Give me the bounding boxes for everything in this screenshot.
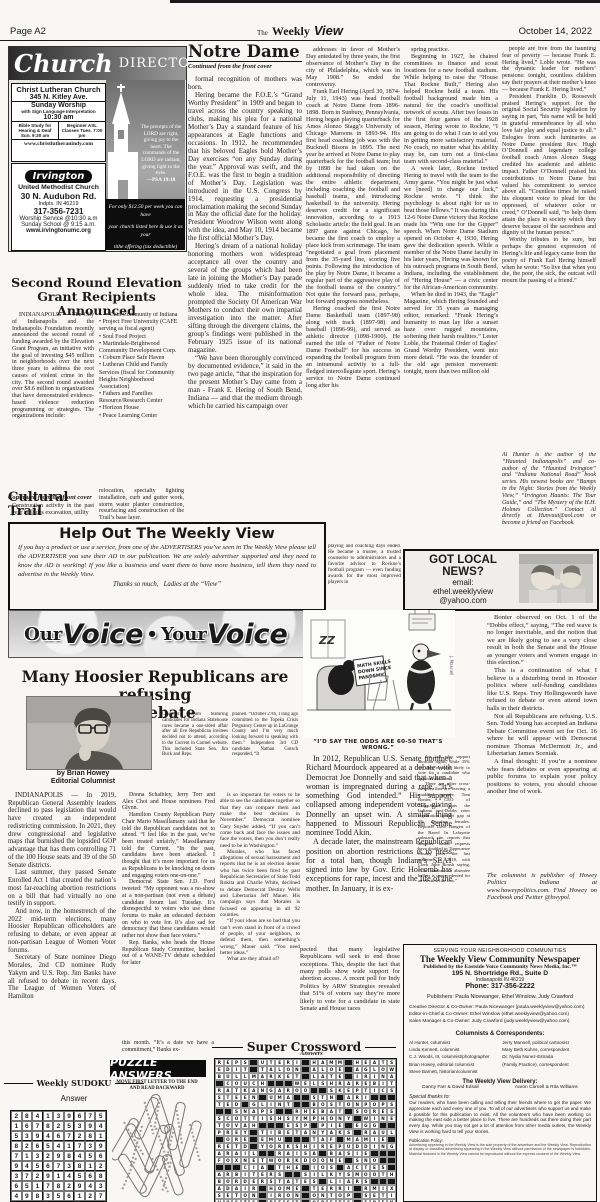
- svg-text:ZZ: ZZ: [318, 634, 336, 647]
- irvington-phone: 317-356-7231: [12, 207, 105, 216]
- irvington-website: www.irvingtonumc.org: [12, 228, 105, 234]
- lutheran-schedule-row: Bible Study for Hearing & Deaf Sun. 9:30…: [12, 121, 105, 140]
- lutheran-bible-study: Bible Study for Hearing & Deaf Sun. 9:30…: [12, 122, 59, 139]
- brian-howey-photo: [26, 696, 152, 770]
- logo-weekly: Weekly: [272, 24, 310, 38]
- banner-bullet: •: [146, 624, 158, 645]
- mast-publishers: Publishers: Paula Nicewanger, Ethel Wins…: [404, 994, 596, 1000]
- lutheran-address: 345 N. Kitley Ave.: [12, 94, 105, 101]
- church-title-script: Church: [14, 52, 113, 76]
- mast-columnists: Al Hunter, columnistLinda Kennett, colum…: [409, 1039, 591, 1076]
- mast-columnists-header: Columnists & Correspondents:: [404, 1031, 596, 1037]
- mast-thanks-body: Our readers, who have been calling and t…: [409, 1100, 591, 1134]
- logo-the: The: [257, 29, 268, 37]
- notre-dame-col-3: spring practice.Beginning in 1927, he ch…: [404, 46, 498, 542]
- howey-byline: by Brian Howey Editorial Columnist: [8, 770, 158, 787]
- got-news-title: GOT LOCAL NEWS?: [409, 554, 517, 578]
- header-rule: [0, 40, 600, 41]
- notre-dame-author-bio: Al Hunter is the author of the “Haunted …: [502, 452, 596, 538]
- church-directory-ad: Church Directory The precepts of the LOR…: [8, 46, 187, 252]
- got-news-email-1: ethel.weeklyview: [409, 587, 517, 596]
- mast-columnists-left: Al Hunter, columnistLinda Kennett, colum…: [409, 1039, 502, 1076]
- cartoon-caption: “I’D SAY THE ODDS ARE 60-50 THAT’S WRONG…: [300, 739, 456, 751]
- puzzle-answers-banner: PUZZLE ANSWERS: [110, 1060, 206, 1077]
- cultural-col-1: Construction activity in the past year i…: [12, 503, 94, 519]
- church-ad-lines: For only $12.50 per week you can haveyou…: [106, 204, 185, 250]
- notre-dame-col-2-tail: playing and coaching days ended. He beca…: [328, 544, 401, 602]
- mast-policy-body: Advertising appearing in the Weekly View…: [409, 1143, 591, 1156]
- lutheran-name: Christ Lutheran Church: [12, 85, 105, 94]
- mast-delivery-left: Danny Farr & David Edsall: [422, 1085, 479, 1090]
- cultural-col-2: relocation, specialty lighting installat…: [99, 488, 184, 520]
- mast-delivery: Danny Farr & David Edsall Aaron Carnell …: [404, 1085, 596, 1090]
- mast-columnists-right: Jerry Mannell, political cartoonistMary …: [502, 1039, 591, 1076]
- mast-phone: Phone: 317-356-2222: [404, 983, 596, 990]
- scripture-ref: —PSA 19:18: [147, 177, 176, 183]
- help-signoff: Thanks so much, Ladies at the “View”: [10, 581, 324, 588]
- mast-title: The Weekly View Community Newspaper: [404, 954, 596, 964]
- help-title: Help Out The Weekly View: [10, 526, 324, 542]
- banner-our: Our: [24, 624, 62, 645]
- lutheran-church-ad: Christ Lutheran Church 345 N. Kitley Ave…: [11, 83, 106, 162]
- mast-owners: Creative Director & Co-Owner: Paula Nice…: [409, 1004, 591, 1026]
- oped-col-4-tail: pected that many legislative Republicans…: [300, 946, 400, 1036]
- notre-dame-col-2: addresses in favor of Mother’s Day anted…: [306, 46, 400, 542]
- oped-col-2-top: County’s forum featuring candidates for …: [162, 712, 228, 788]
- banner-voice-2: Voice: [207, 619, 288, 650]
- cartoon-illustration: ZZ MATH SKILLS DOWN SINCE PANDEMIC: [303, 610, 455, 738]
- got-news-email-label: email:: [409, 578, 517, 587]
- church-listing-ad: For only $12.50 per week you can haveyou…: [106, 199, 185, 250]
- our-voice-banner: Our Voice • Your Voice: [8, 610, 304, 658]
- sudoku-answer-label: Answer: [4, 1094, 144, 1103]
- irvington-address: 30 N. Audubon Rd.: [12, 191, 105, 201]
- mast-delivery-right: Aaron Carnell & Rita Williams: [515, 1085, 578, 1090]
- lutheran-worship: Sunday Worship: [12, 101, 105, 109]
- notre-dame-continued: Continued from the front cover: [188, 61, 302, 70]
- logo-view: View: [314, 23, 343, 38]
- byline-title: Editorial Columnist: [8, 778, 158, 786]
- issue-date: October 14, 2022: [519, 26, 592, 37]
- notre-dame-header: Notre Dame Continued from the front cove…: [188, 42, 302, 70]
- got-local-news-box: GOT LOCAL NEWS? email: ethel.weeklyview …: [403, 549, 599, 611]
- lutheran-time: 10:30 am: [12, 114, 105, 121]
- scripture-text: The precepts of the LORD are right, givi…: [139, 124, 183, 183]
- cartoonist-signature: J. Mannell: [449, 655, 454, 675]
- oped-col-1: INDIANAPOLIS — In 2019, Republican Gener…: [8, 792, 116, 1068]
- oped-columnist-bio: The columnist is publisher of Howey Poli…: [487, 872, 597, 934]
- grant-col-1: INDIANAPOLIS — The City of Indianapolis …: [12, 312, 94, 478]
- crossword-answer-grid: REPSUTERIHAMMHEATSEDITTALONALOEAGLOWBULL…: [214, 1058, 397, 1202]
- lutheran-website: www.christlutheranindy.com: [12, 141, 105, 147]
- oped-col-3: is so important for voters to be able to…: [220, 792, 300, 1036]
- sudoku-title: Weekly SUDOKU: [4, 1078, 144, 1088]
- grant-col-2: • Chin Community of Indiana• Project Fre…: [99, 312, 184, 478]
- banner-voice-1: Voice: [62, 619, 143, 650]
- got-news-email-2: @yahoo.com: [409, 596, 517, 605]
- word-scramble-graphic: [112, 1094, 204, 1200]
- oped-col-5: this fall who support abortion rights, w…: [418, 754, 470, 940]
- oped-col-6: Bonier observed on Oct. 1 of the “Dobbs …: [487, 614, 597, 868]
- mast-address: 195 N. Shortridge Rd., Suite D: [404, 970, 596, 977]
- editorial-cartoon: ZZ MATH SKILLS DOWN SINCE PANDEMIC: [303, 610, 455, 738]
- byline-name: by Brian Howey: [8, 770, 158, 778]
- paper-logo: The Weekly View: [230, 22, 370, 40]
- notre-dame-headline: Notre Dame: [188, 42, 302, 61]
- sudoku-answer-grid: 2841396751678253945394672818265417397132…: [10, 1110, 107, 1202]
- notre-dame-col-4: people are free from the haunting fear o…: [502, 46, 596, 450]
- irvington-logo: Irvington: [25, 170, 93, 183]
- whispering-kids-photo: [519, 554, 593, 603]
- banner-your: Your: [161, 624, 207, 645]
- cultural-continued: Continued from the front cover: [8, 494, 98, 501]
- lutheran-asl-classes: Beginner ASL Classes Tues. 7:00 pm: [59, 122, 105, 139]
- got-news-text: GOT LOCAL NEWS? email: ethel.weeklyview …: [409, 554, 517, 605]
- irvington-name: United Methodist Church: [12, 184, 105, 191]
- help-out-box: Help Out The Weekly View If you buy a pr…: [8, 522, 326, 611]
- top-edge-rule: [170, 0, 600, 3]
- oped-col-3-top: plained. “October 27th, I long ago commi…: [232, 712, 298, 788]
- masthead-box: SERVING YOUR NEIGHBORHOOD COMMUNITIES Th…: [403, 944, 597, 1202]
- newspaper-page: Page A2 The Weekly View October 14, 2022…: [0, 0, 600, 1202]
- church-directory-header: Church Directory: [9, 47, 186, 80]
- irvington-church-ad: Irvington United Methodist Church 30 N. …: [11, 163, 106, 251]
- notre-dame-col-1: formal recognition of mothers was born.H…: [188, 76, 302, 518]
- oped-col-2: Donna Schaibley, Jerry Torr and Alex Cho…: [122, 792, 215, 1038]
- page-number: Page A2: [10, 26, 46, 37]
- help-body: If you buy a product or use a service, f…: [10, 542, 324, 580]
- crossword-answers-label: Answers: [300, 1050, 323, 1057]
